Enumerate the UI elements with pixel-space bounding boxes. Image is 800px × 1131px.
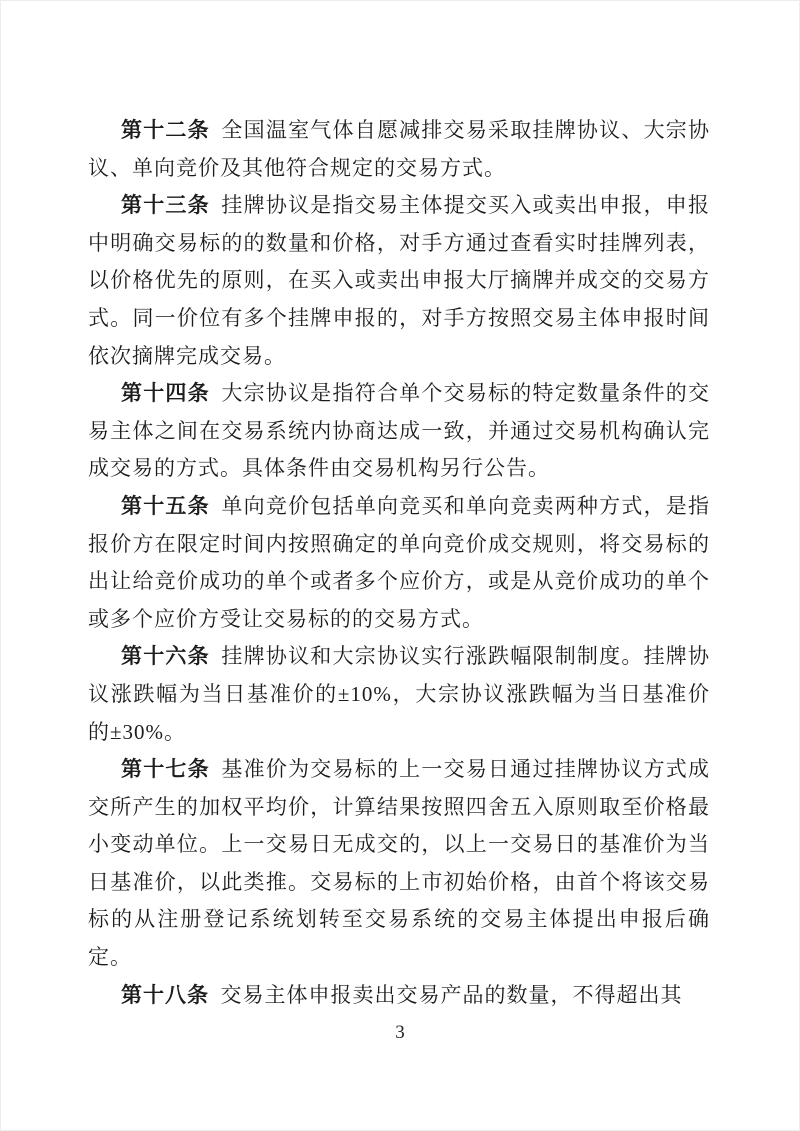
page-number: 3: [0, 1022, 800, 1044]
article-paragraph: 第十二条全国温室气体自愿减排交易采取挂牌协议、大宗协议、单向竞价及其他符合规定的…: [88, 112, 710, 187]
article-paragraph: 第十七条基准价为交易标的上一交易日通过挂牌协议方式成交所产生的加权平均价，计算结…: [88, 751, 710, 977]
article-paragraph: 第十三条挂牌协议是指交易主体提交买入或卖出申报，申报中明确交易标的的数量和价格，…: [88, 187, 710, 375]
article-paragraph: 第十八条交易主体申报卖出交易产品的数量，不得超出其: [88, 977, 710, 1015]
article-number: 第十六条: [121, 644, 210, 668]
article-text: 挂牌协议是指交易主体提交买入或卖出申报，申报中明确交易标的的数量和价格，对手方通…: [88, 193, 710, 367]
article-number: 第十五条: [121, 494, 210, 518]
article-number: 第十七条: [121, 757, 210, 781]
article-number: 第十二条: [121, 118, 210, 142]
article-number: 第十八条: [121, 983, 209, 1007]
article-paragraph: 第十五条单向竞价包括单向竞买和单向竞卖两种方式，是指报价方在限定时间内按照确定的…: [88, 488, 710, 638]
article-number: 第十四条: [121, 381, 210, 405]
article-paragraph: 第十六条挂牌协议和大宗协议实行涨跌幅限制制度。挂牌协议涨跌幅为当日基准价的±10…: [88, 638, 710, 751]
document-body: 第十二条全国温室气体自愿减排交易采取挂牌协议、大宗协议、单向竞价及其他符合规定的…: [88, 112, 710, 1014]
document-page: 第十二条全国温室气体自愿减排交易采取挂牌协议、大宗协议、单向竞价及其他符合规定的…: [0, 0, 800, 1131]
article-number: 第十三条: [121, 193, 210, 217]
article-text: 基准价为交易标的上一交易日通过挂牌协议方式成交所产生的加权平均价，计算结果按照四…: [88, 757, 710, 969]
article-text: 交易主体申报卖出交易产品的数量，不得超出其: [221, 983, 683, 1007]
article-paragraph: 第十四条大宗协议是指符合单个交易标的特定数量条件的交易主体之间在交易系统内协商达…: [88, 375, 710, 488]
